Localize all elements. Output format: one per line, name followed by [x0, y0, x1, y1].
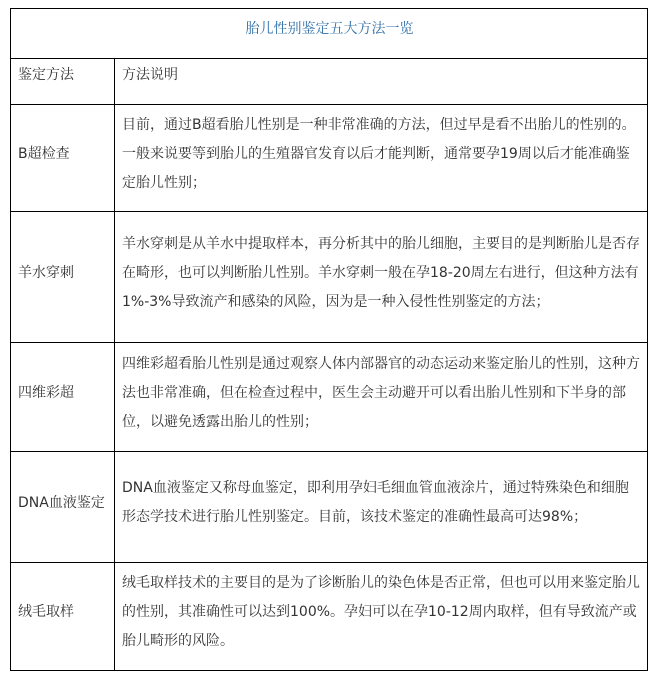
- method-name: 四维彩超: [11, 343, 115, 452]
- table-row: 羊水穿刺 羊水穿刺是从羊水中提取样本，再分析其中的胎儿细胞，主要目的是判断胎儿是…: [11, 212, 648, 343]
- table-row: B超检查 目前，通过B超看胎儿性别是一种非常准确的方法，但过早是看不出胎儿的性别…: [11, 105, 648, 212]
- method-description: 绒毛取样技术的主要目的是为了诊断胎儿的染色体是否正常，但也可以用来鉴定胎儿的性别…: [115, 563, 648, 671]
- method-description: DNA血液鉴定又称母血鉴定，即利用孕妇毛细血管血液涂片，通过特殊染色和细胞形态学…: [115, 452, 648, 563]
- method-description: 目前，通过B超看胎儿性别是一种非常准确的方法，但过早是看不出胎儿的性别的。一般来…: [115, 105, 648, 212]
- method-description: 羊水穿刺是从羊水中提取样本，再分析其中的胎儿细胞，主要目的是判断胎儿是否存在畸形…: [115, 212, 648, 343]
- table-title-row: 胎儿性别鉴定五大方法一览: [11, 9, 648, 59]
- table-header-row: 鉴定方法 方法说明: [11, 59, 648, 105]
- method-description: 四维彩超看胎儿性别是通过观察人体内部器官的动态运动来鉴定胎儿的性别，这种方法也非…: [115, 343, 648, 452]
- method-name: 羊水穿刺: [11, 212, 115, 343]
- cropped-text-fragment: [0, 677, 657, 682]
- table-row: 绒毛取样 绒毛取样技术的主要目的是为了诊断胎儿的染色体是否正常，但也可以用来鉴定…: [11, 563, 648, 671]
- method-name: B超检查: [11, 105, 115, 212]
- table-title: 胎儿性别鉴定五大方法一览: [11, 9, 648, 59]
- table-row: DNA血液鉴定 DNA血液鉴定又称母血鉴定，即利用孕妇毛细血管血液涂片，通过特殊…: [11, 452, 648, 563]
- method-name: DNA血液鉴定: [11, 452, 115, 563]
- column-header-description: 方法说明: [115, 59, 648, 105]
- table-row: 四维彩超 四维彩超看胎儿性别是通过观察人体内部器官的动态运动来鉴定胎儿的性别，这…: [11, 343, 648, 452]
- column-header-method: 鉴定方法: [11, 59, 115, 105]
- method-name: 绒毛取样: [11, 563, 115, 671]
- sex-determination-methods-table: 胎儿性别鉴定五大方法一览 鉴定方法 方法说明 B超检查 目前，通过B超看胎儿性别…: [10, 8, 648, 671]
